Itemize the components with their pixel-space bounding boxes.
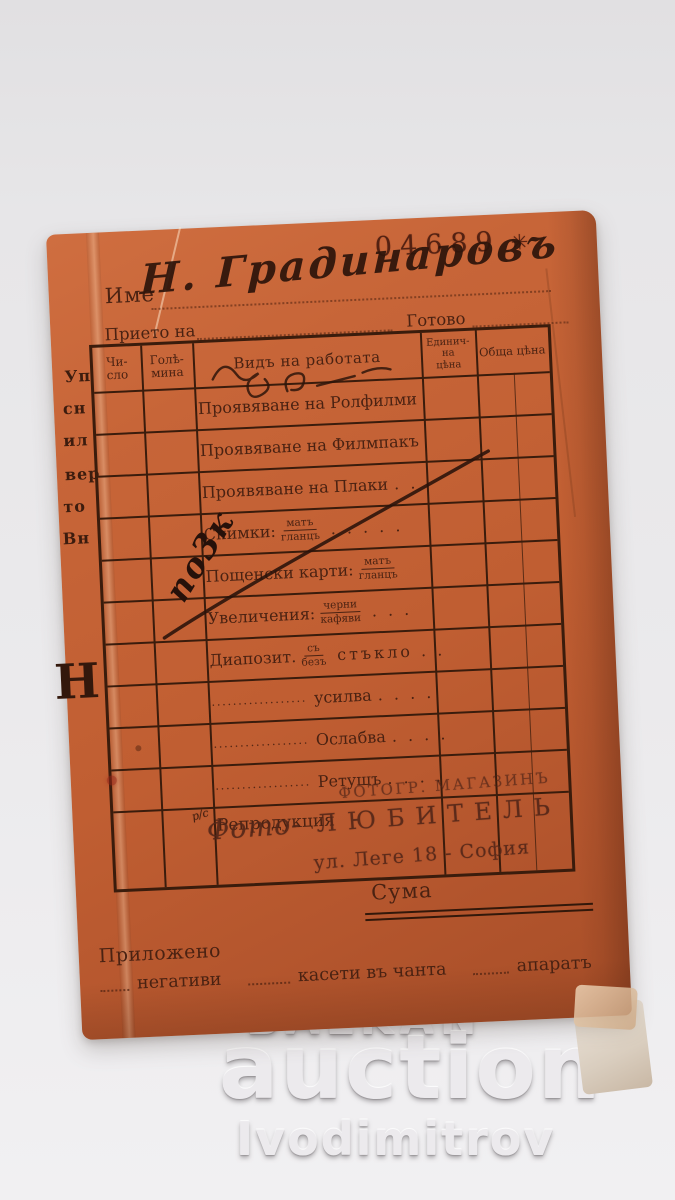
finish-fraction: черни кафяви xyxy=(320,598,362,625)
leader-dots: .................. xyxy=(213,732,309,750)
finish-fraction: матъ гланцъ xyxy=(358,555,398,582)
stamp-address: ул. Леге 18 - София xyxy=(313,836,531,874)
leader-dots: . . xyxy=(394,473,419,493)
fraction-bottom: кафяви xyxy=(320,612,361,626)
stamp-name-script: Фото- xyxy=(206,809,303,847)
header-line: цѣна xyxy=(436,359,462,371)
worn-corner xyxy=(573,984,637,1030)
work-type: Увеличения: xyxy=(207,604,315,628)
header-line: на xyxy=(442,348,455,360)
sum-total-line xyxy=(365,903,593,921)
fraction-bottom: безъ xyxy=(301,655,326,668)
fold-big-letter: Н xyxy=(53,653,101,711)
work-type: Проявяване на Ролфилми xyxy=(198,389,418,418)
sum-label: Сума xyxy=(371,878,433,905)
column-header-size: Голѣ- мина xyxy=(140,343,194,389)
attached-item: апаратъ xyxy=(516,953,592,976)
work-type: Ослабва xyxy=(315,727,386,749)
leader-dots: . . . . . xyxy=(330,515,404,537)
watermark-owner: Ivodimitrov xyxy=(236,1112,555,1166)
column-header-unit-price: Единич- на цѣна xyxy=(420,331,477,377)
work-type: Диапозит. xyxy=(209,646,297,669)
fold-text-fragment: Уп xyxy=(64,366,92,386)
fraction-bottom: гланцъ xyxy=(281,529,320,543)
fold-text-fragment: Вн xyxy=(62,528,90,548)
attached-label: Приложено xyxy=(98,940,221,968)
column-header-number: Чи- сло xyxy=(92,346,142,392)
blank-line xyxy=(247,968,290,986)
blank-line xyxy=(472,958,509,976)
finish-fraction: матъ гланцъ xyxy=(280,516,320,543)
leader-dots: .................. xyxy=(211,691,307,709)
watermark-auction: auction xyxy=(219,1016,603,1119)
fold-text-fragment: сн xyxy=(62,398,86,418)
attached-item: негативи xyxy=(137,970,222,994)
work-type: Проявяване на Филмпакъ xyxy=(199,431,419,460)
work-type: усилва xyxy=(313,685,372,707)
leader-dots: . . . . xyxy=(391,724,448,746)
header-line: Видъ на работата xyxy=(233,348,381,371)
leader-dots: стъкло . . xyxy=(337,640,446,664)
fold-text-fragment: ил xyxy=(63,430,89,450)
photo-order-form-card: 04689✳ Име Н. Градинаровъ Прието на Гото… xyxy=(46,210,632,1040)
blank-line xyxy=(100,975,130,992)
header-line: мина xyxy=(151,366,184,381)
fraction-top: съ xyxy=(304,642,323,656)
column-header-total-price: Обща цѣна xyxy=(475,327,550,374)
finish-fraction: съ безъ xyxy=(301,642,327,668)
fold-text-fragment: то xyxy=(63,496,86,516)
fraction-bottom: гланцъ xyxy=(359,568,398,582)
leader-dots: . . . . xyxy=(377,682,434,704)
work-type: Пощенски карти: xyxy=(205,560,354,586)
leader-dots: . . . xyxy=(371,599,412,620)
header-line: Обща цѣна xyxy=(479,343,546,359)
header-line: сло xyxy=(106,368,128,382)
